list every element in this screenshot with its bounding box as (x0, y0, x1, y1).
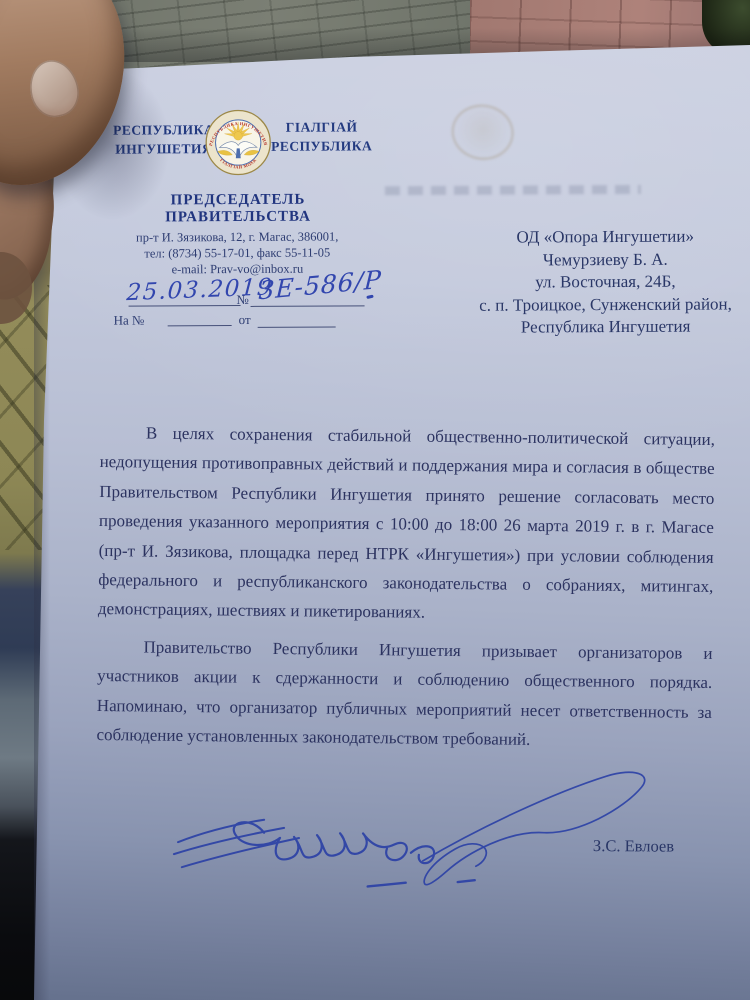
photo-of-official-letter: РЕСПУБЛИКА ИНГУШЕТИЯ (0, 0, 750, 1000)
signer-name: З.С. Евлоев (593, 836, 674, 857)
